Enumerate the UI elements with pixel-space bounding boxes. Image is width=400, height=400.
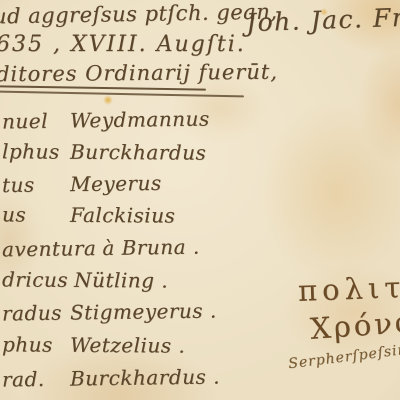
- given-name-fragment: us: [2, 202, 70, 226]
- surname: Meyerus: [70, 171, 162, 196]
- auditors-heading: ditores Ordinarij fuerūt,: [0, 60, 278, 86]
- given-name-fragment: rad.: [2, 367, 70, 392]
- given-name-fragment: radus: [2, 301, 70, 326]
- given-name-fragment: aventura: [2, 236, 103, 261]
- surname: Stigmeyerus .: [70, 299, 217, 325]
- cursive-marginal-note: Serpherſpeſsin: [287, 342, 400, 372]
- surname: Burckhardus: [70, 140, 206, 165]
- heading-underline-lower: [0, 91, 244, 98]
- manuscript-page: ud aggreſsus ptſch. gean, Joh. Jac. Frey…: [0, 0, 400, 400]
- name-row: nuel Weydmannus: [2, 107, 210, 134]
- heading-underline-upper: [0, 85, 206, 90]
- name-row: radus Stigmeyerus .: [2, 299, 217, 326]
- name-row: lphus Burckhardus: [2, 139, 206, 164]
- surname: Wetzelius .: [70, 333, 185, 358]
- given-name-fragment: phus: [2, 332, 70, 356]
- date-line-1635: 635 , XVIII. Augſti.: [0, 32, 246, 57]
- header-latin-line: ud aggreſsus ptſch. gean,: [0, 0, 278, 28]
- given-name-fragment: dricus: [2, 267, 74, 292]
- greek-marginalia-line2: Χρόνω: [309, 304, 400, 346]
- name-row: tus Meyerus: [2, 171, 162, 197]
- surname: Weydmannus: [70, 107, 210, 133]
- surname: Burckhardus .: [70, 364, 220, 390]
- given-name-fragment: tus: [2, 172, 70, 197]
- surname: à Bruna .: [102, 235, 200, 260]
- name-row: us Falckisius: [2, 202, 176, 227]
- surname: Nütling .: [74, 268, 168, 293]
- signature-joh-jac-frey: Joh. Jac. Frey: [246, 2, 400, 38]
- name-row: aventura à Bruna .: [2, 235, 200, 262]
- name-row: rad. Burckhardus .: [2, 364, 220, 391]
- name-row: phus Wetzelius .: [2, 332, 185, 357]
- greek-marginalia-line1: πολιτ: [297, 270, 400, 308]
- surname: Falckisius: [70, 203, 176, 228]
- given-name-fragment: lphus: [2, 139, 70, 163]
- name-row: dricus Nütling .: [2, 267, 168, 292]
- given-name-fragment: nuel: [2, 109, 70, 134]
